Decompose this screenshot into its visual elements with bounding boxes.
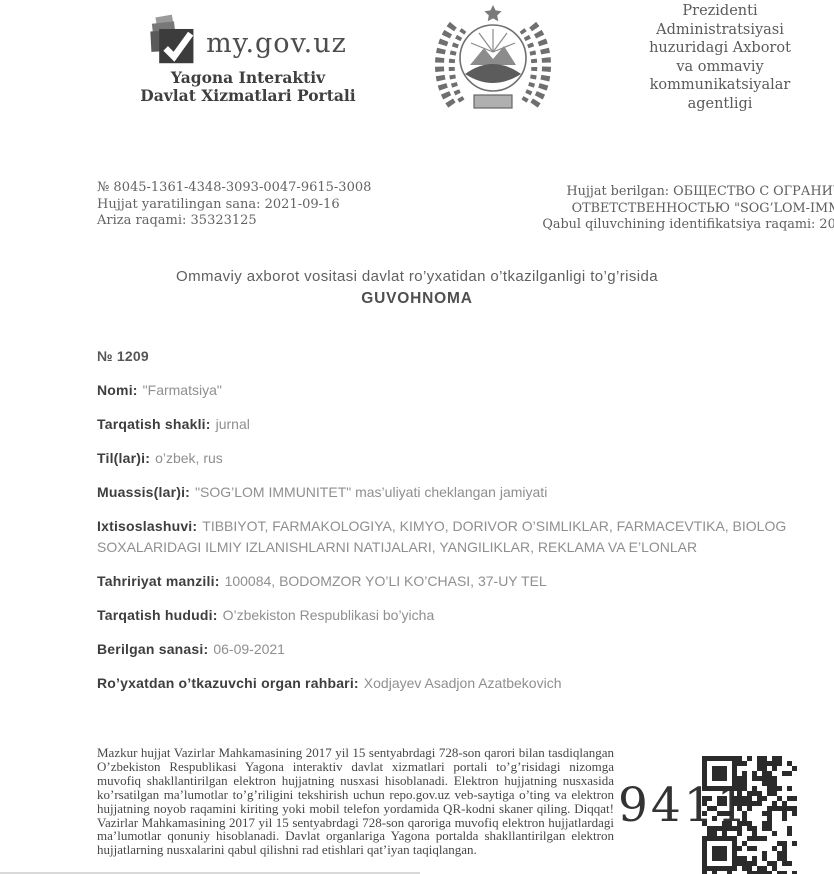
field-label: Tarqatish shakli: <box>97 416 211 432</box>
portal-subtitle-line2: Davlat Xizmatlari Portali <box>138 87 358 105</box>
field-value: Xodjayev Asadjon Azatbekovich <box>364 675 562 691</box>
checkmark-pages-icon <box>149 14 199 73</box>
field-value: o’zbek, rus <box>155 450 223 466</box>
field-editorial-address: Tahririyat manzili:100084, BODOMZOR YO’L… <box>97 571 834 592</box>
field-value: "Farmatsiya" <box>143 382 222 398</box>
field-label: Ro’yxatdan o’tkazuvchi organ rahbari: <box>97 675 359 691</box>
document-number: № 8045-1361-4348-3093-0047-9615-3008 <box>97 180 371 197</box>
legal-notice: Mazkur hujjat Vazirlar Mahkamasining 201… <box>97 746 614 857</box>
field-label: Ixtisoslashuvi: <box>97 518 197 534</box>
application-number: Ariza raqami: 35323125 <box>97 213 371 230</box>
uzbekistan-state-emblem-icon <box>430 2 556 116</box>
field-label: Til(lar)i: <box>97 450 150 466</box>
title-main: GUVOHNOMA <box>0 288 834 310</box>
field-label: Berilgan sanasi: <box>97 641 208 657</box>
field-founder: Muassis(lar)i:"SOG’LOM IMMUNITET" mas’ul… <box>97 482 834 503</box>
field-value: O’zbekiston Respublikasi bo’yicha <box>223 607 435 623</box>
recipient-id: Qabul qiluvchining identifikatsiya raqam… <box>450 217 834 234</box>
portal-site-name: my.gov.uz <box>206 28 347 59</box>
field-value-line2: SOXALARIDAGI ILMIY IZLANISHLARNI NATIJAL… <box>97 537 834 558</box>
issued-to-line1: Hujjat berilgan: ОБЩЕСТВО С ОГРАНИЧЕ <box>450 184 834 201</box>
field-value: 06-09-2021 <box>213 641 285 657</box>
field-distribution-form: Tarqatish shakli:jurnal <box>97 414 834 435</box>
scanned-certificate-document: my.gov.uz Yagona Interaktiv Davlat Xizma… <box>0 0 834 874</box>
field-label: Tarqatish hududi: <box>97 607 218 623</box>
portal-subtitle-line1: Yagona Interaktiv <box>138 69 358 87</box>
field-registering-official: Ro’yxatdan o’tkazuvchi organ rahbari:Xod… <box>97 673 834 694</box>
document-created-date: Hujjat yaratilingan sana: 2021-09-16 <box>97 197 371 214</box>
document-meta-right: Hujjat berilgan: ОБЩЕСТВО С ОГРАНИЧЕ ОТВ… <box>450 184 834 234</box>
document-meta-left: № 8045-1361-4348-3093-0047-9615-3008 Huj… <box>97 180 371 230</box>
field-value: "SOG’LOM IMMUNITET" mas’uliyati cheklang… <box>195 484 547 500</box>
field-value: TIBBIYOT, FARMAKOLOGIYA, KIMYO, DORIVOR … <box>202 518 786 534</box>
field-label: Nomi: <box>97 382 138 398</box>
certificate-fields: № 1209 Nomi:"Farmatsiya" Tarqatish shakl… <box>97 346 834 707</box>
field-issue-date: Berilgan sanasi:06-09-2021 <box>97 639 834 660</box>
field-label: № 1209 <box>97 348 149 364</box>
field-label: Muassis(lar)i: <box>97 484 190 500</box>
document-title: Ommaviy axborot vositasi davlat ro’yxati… <box>0 266 834 310</box>
agency-name: Prezidenti Administratsiyasi huzuridagi … <box>610 2 830 113</box>
field-label: Tahririyat manzili: <box>97 573 220 589</box>
field-distribution-territory: Tarqatish hududi:O’zbekiston Respublikas… <box>97 605 834 626</box>
field-languages: Til(lar)i:o’zbek, rus <box>97 448 834 469</box>
qr-code-icon <box>702 756 797 874</box>
field-registration-number: № 1209 <box>97 346 834 367</box>
title-subline: Ommaviy axborot vositasi davlat ro’yxati… <box>0 266 834 288</box>
issued-to-line2: ОТВЕТСТВЕННОСТЬЮ "SOG’LOM-IMMU <box>450 201 834 218</box>
field-value: jurnal <box>216 416 250 432</box>
field-specialization: Ixtisoslashuvi:TIBBIYOT, FARMAKOLOGIYA, … <box>97 516 834 558</box>
portal-logo: my.gov.uz Yagona Interaktiv Davlat Xizma… <box>138 14 358 105</box>
field-name: Nomi:"Farmatsiya" <box>97 380 834 401</box>
field-value: 100084, BODOMZOR YO’LI KO’CHASI, 37-UY T… <box>225 573 547 589</box>
